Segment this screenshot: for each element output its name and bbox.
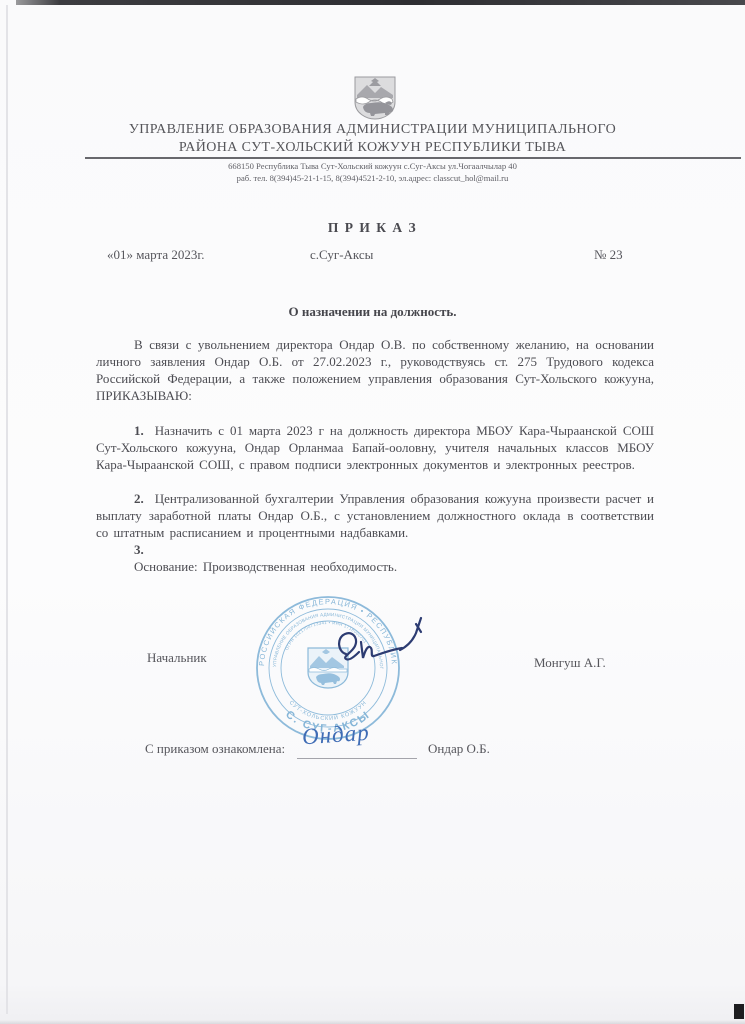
acknowledgment-label: С приказом ознакомлена:: [145, 741, 285, 757]
item-2-text: Централизованной бухгалтерии Управления …: [96, 491, 654, 540]
org-name-line2: РАЙОНА СУТ-ХОЛЬСКИЙ КОЖУУН РЕСПУБЛИКИ ТЫ…: [0, 139, 745, 157]
order-place: с.Суг-Аксы: [310, 247, 373, 263]
scan-corner-mark: [734, 1004, 744, 1019]
acknowledgment-name: Ондар О.Б.: [428, 741, 490, 757]
org-address-line1: 668150 Республика Тыва Сут-Хольский кожу…: [0, 161, 745, 173]
order-item-1: 1.Назначить с 01 марта 2023 г на должнос…: [96, 422, 654, 473]
scanned-order-document: { "letterhead": { "org_name_line1": "УПР…: [0, 0, 745, 1024]
item-2-number: 2.: [134, 491, 144, 506]
org-address-line2: раб. тел. 8(394)45-21-1-15, 8(394)4521-2…: [0, 173, 745, 185]
signer-title: Начальник: [147, 650, 207, 666]
scan-edge-bottom: [0, 1020, 745, 1024]
org-address: 668150 Республика Тыва Сут-Хольский кожу…: [0, 161, 745, 184]
scan-edge-top: [16, 0, 745, 5]
handwritten-signature-ink: [330, 610, 430, 680]
order-number: № 23: [594, 247, 623, 263]
acknowledgment-handwritten-signature: Ондар: [301, 720, 370, 751]
org-name-line1: УПРАВЛЕНИЕ ОБРАЗОВАНИЯ АДМИНИСТРАЦИИ МУН…: [0, 121, 745, 139]
doc-type-heading: П Р И К А З: [0, 220, 745, 236]
order-date: «01» марта 2023г.: [107, 247, 204, 263]
item-1-number: 1.: [134, 423, 144, 438]
order-item-2: 2.Централизованной бухгалтерии Управлени…: [96, 490, 654, 541]
order-title: О назначении на должность.: [0, 304, 745, 320]
org-name: УПРАВЛЕНИЕ ОБРАЗОВАНИЯ АДМИНИСТРАЦИИ МУН…: [0, 121, 745, 156]
item-1-text: Назначить с 01 марта 2023 г на должность…: [96, 423, 654, 472]
item-3-number: 3.: [134, 542, 144, 557]
scan-edge-left: [6, 5, 8, 1014]
signer-name: Монгуш А.Г.: [534, 655, 606, 671]
order-preamble: В связи с увольнением директора Ондар О.…: [96, 336, 654, 404]
order-basis: Основание: Производственная необходимост…: [96, 558, 654, 575]
order-item-3: 3.: [96, 541, 654, 558]
coat-of-arms-icon: [351, 75, 399, 122]
letterhead-divider: [85, 157, 741, 159]
